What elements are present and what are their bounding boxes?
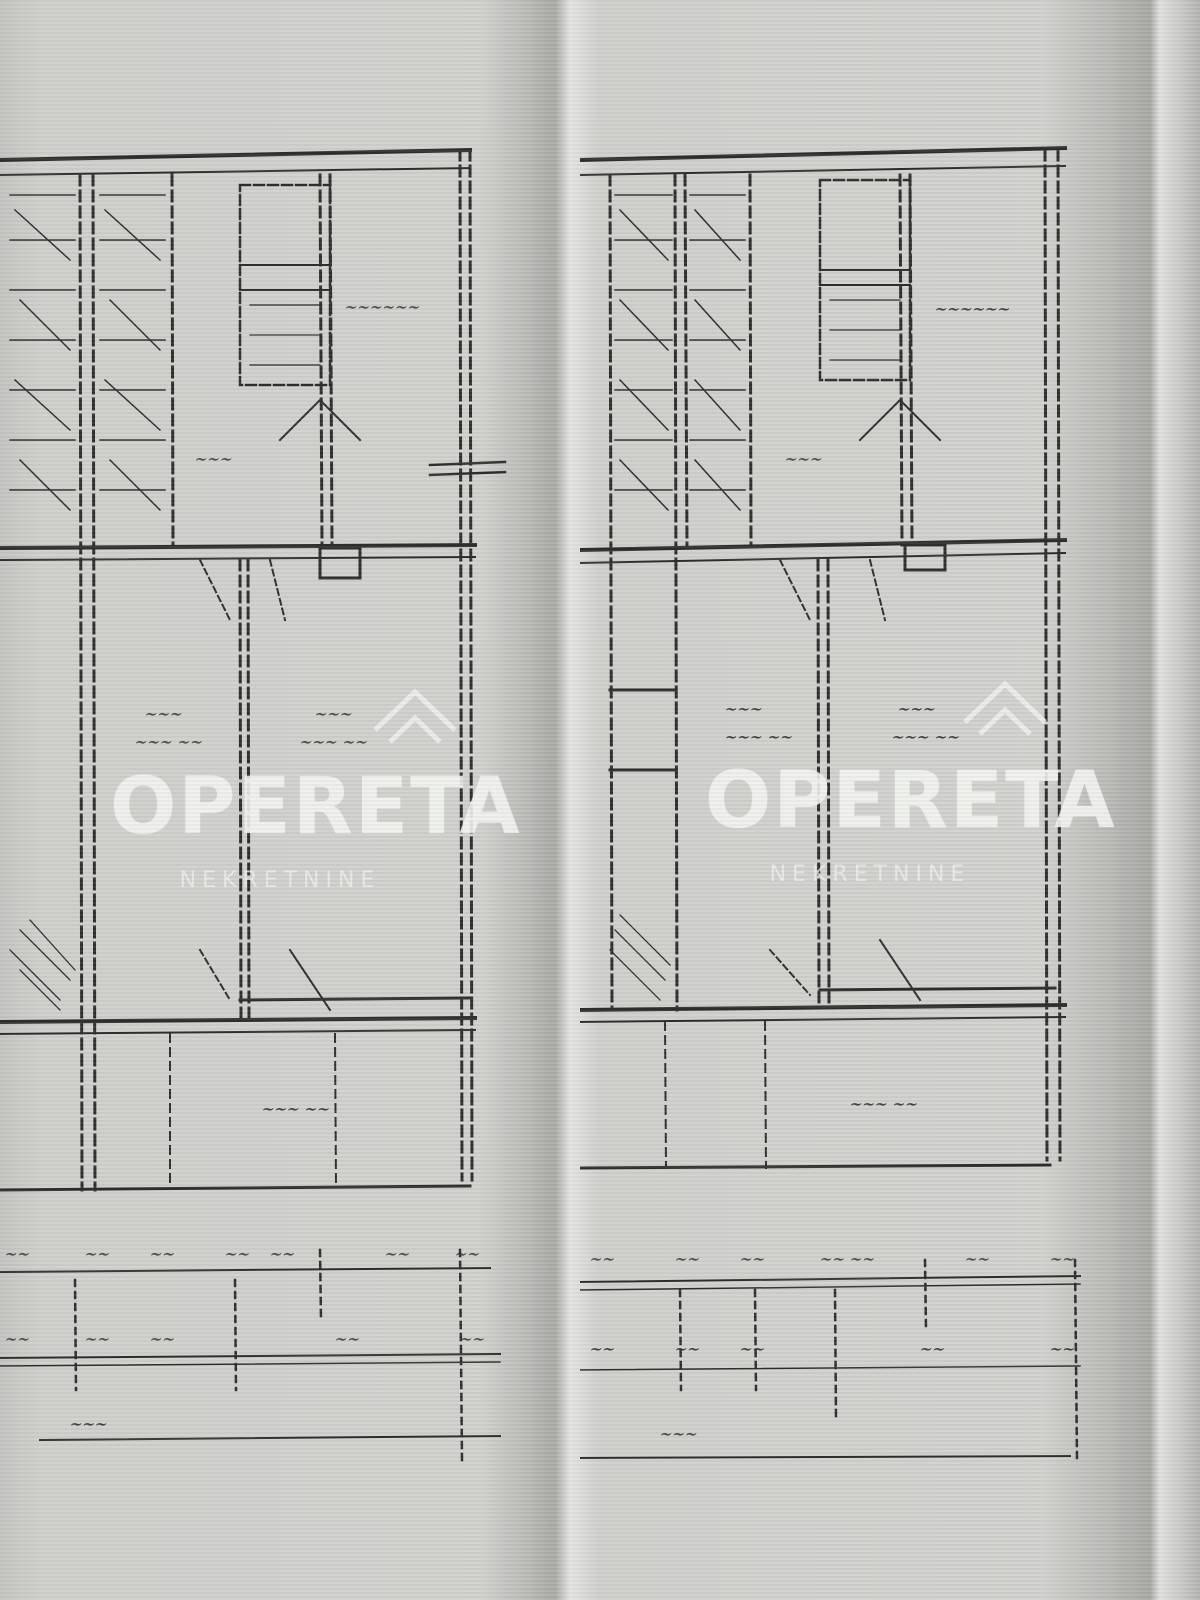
house-roof-icon — [370, 680, 460, 760]
house-roof-icon — [960, 672, 1050, 752]
label-room-b-line2: ~~~ ~~ — [889, 728, 963, 746]
label-lower-room: ~~~ ~~ — [259, 1100, 333, 1118]
dimension-total-label: ~~~ — [657, 1425, 701, 1443]
floor-plan-left-sheet: ~~~~~~ ~~~ ~~~ ~~~ ~~ ~~~ ~~~ ~~ ~~~ ~~ … — [0, 0, 540, 1600]
label-stair-note: ~~~ — [782, 450, 826, 468]
label-lower-room: ~~~ ~~ — [847, 1095, 921, 1113]
dimension-total-label: ~~~ — [67, 1415, 111, 1433]
label-room-b-line1: ~~~ — [895, 700, 939, 718]
label-room-b-line2: ~~~ ~~ — [297, 733, 371, 751]
label-room-b-line1: ~~~ — [312, 705, 356, 723]
floor-plan-right-drawing — [580, 0, 1100, 1600]
floor-plan-left-drawing — [0, 0, 540, 1600]
label-room-a-line2: ~~~ ~~ — [722, 728, 796, 746]
label-stair-note: ~~~ — [192, 450, 236, 468]
floor-plan-right-sheet: ~~~~~~ ~~~ ~~~ ~~~ ~~ ~~~ ~~~ ~~ ~~~ ~~ … — [580, 0, 1100, 1600]
label-room-a-line1: ~~~ — [722, 700, 766, 718]
label-room-a-line1: ~~~ — [142, 705, 186, 723]
label-room-a-line2: ~~~ ~~ — [132, 733, 206, 751]
label-upper-right-room: ~~~~~~ — [342, 298, 423, 316]
label-upper-right-room: ~~~~~~ — [932, 300, 1013, 318]
